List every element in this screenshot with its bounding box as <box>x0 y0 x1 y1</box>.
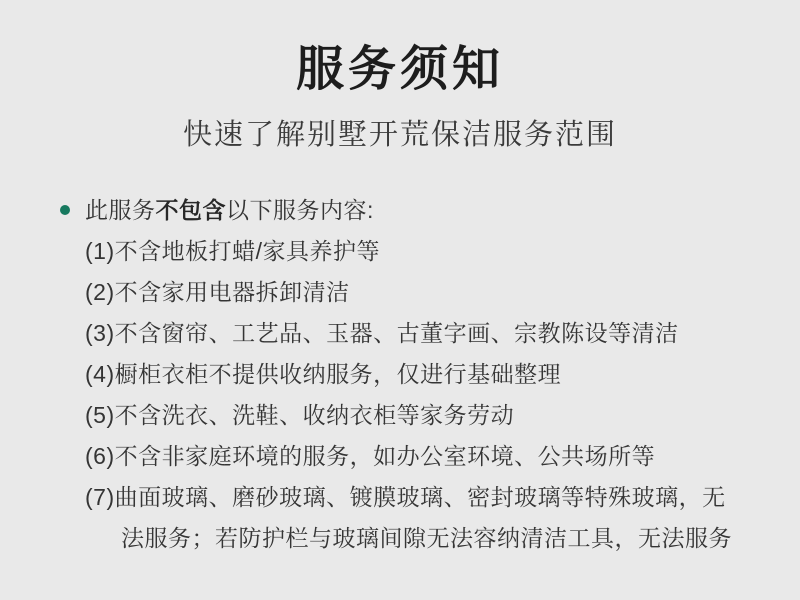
list-item: (3)不含窗帘、工艺品、玉器、古董字画、宗教陈设等清洁 <box>85 313 735 354</box>
list-item-label: (5) <box>85 402 115 428</box>
page-title: 服务须知 <box>0 42 800 98</box>
bullet-dot-icon <box>60 205 70 215</box>
list-item-label: (1) <box>85 238 115 264</box>
list-item-text: 曲面玻璃、磨砂玻璃、镀膜玻璃、密封玻璃等特殊玻璃，无法服务；若防护栏与玻璃间隙无… <box>115 484 732 551</box>
notice-intro-line: 此服务不包含以下服务内容: <box>85 190 735 231</box>
intro-prefix: 此服务 <box>85 197 156 223</box>
list-item-text: 不含窗帘、工艺品、玉器、古董字画、宗教陈设等清洁 <box>115 320 679 346</box>
list-item-label: (7) <box>85 484 115 510</box>
list-item-label: (6) <box>85 443 115 469</box>
list-item: (5)不含洗衣、洗鞋、收纳衣柜等家务劳动 <box>85 395 735 436</box>
list-item-text: 不含洗衣、洗鞋、收纳衣柜等家务劳动 <box>115 402 515 428</box>
list-item-label: (3) <box>85 320 115 346</box>
list-item-label: (2) <box>85 279 115 305</box>
notice-body: 此服务不包含以下服务内容: (1)不含地板打蜡/家具养护等 (2)不含家用电器拆… <box>85 190 735 559</box>
list-item-text: 不含地板打蜡/家具养护等 <box>115 238 380 264</box>
intro-suffix: 以下服务内容: <box>226 197 374 223</box>
list-item: (4)橱柜衣柜不提供收纳服务，仅进行基础整理 <box>85 354 735 395</box>
list-item: (2)不含家用电器拆卸清洁 <box>85 272 735 313</box>
service-notice-slide: 服务须知 快速了解别墅开荒保洁服务范围 此服务不包含以下服务内容: (1)不含地… <box>0 0 800 600</box>
list-item: (6)不含非家庭环境的服务，如办公室环境、公共场所等 <box>85 436 735 477</box>
intro-emphasis: 不包含 <box>156 197 227 223</box>
list-item-text: 不含家用电器拆卸清洁 <box>115 279 350 305</box>
list-item-text: 橱柜衣柜不提供收纳服务，仅进行基础整理 <box>115 361 562 387</box>
list-item: (1)不含地板打蜡/家具养护等 <box>85 231 735 272</box>
list-item: (7)曲面玻璃、磨砂玻璃、镀膜玻璃、密封玻璃等特殊玻璃，无法服务；若防护栏与玻璃… <box>85 477 735 559</box>
page-subtitle: 快速了解别墅开荒保洁服务范围 <box>0 116 800 154</box>
list-item-label: (4) <box>85 361 115 387</box>
list-item-text: 不含非家庭环境的服务，如办公室环境、公共场所等 <box>115 443 656 469</box>
